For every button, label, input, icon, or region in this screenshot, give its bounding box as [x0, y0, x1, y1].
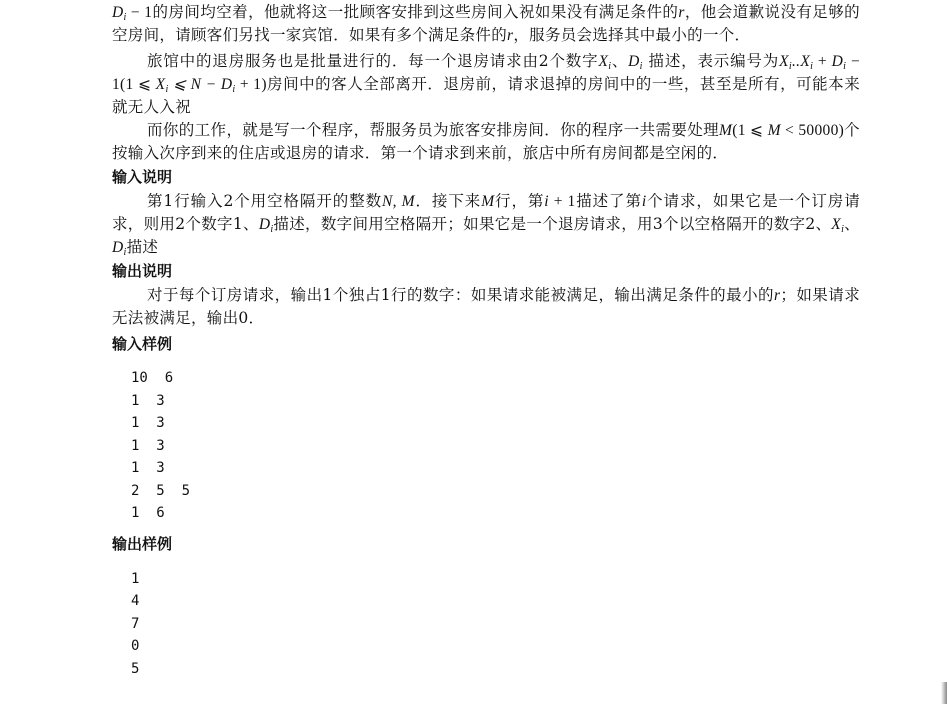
sample-input-line: 1 3 — [131, 390, 860, 413]
input-description-heading: 输入说明 — [112, 166, 860, 189]
sample-input-line: 1 3 — [131, 412, 860, 435]
description-paragraph-1: Di − 1的房间均空着，他就将这一批顾客安排到这些房间入祝如果没有满足条件的r… — [112, 1, 860, 47]
sample-input-line: 10 6 — [131, 367, 860, 390]
sample-output-line: 7 — [131, 613, 860, 636]
sample-output-line: 0 — [131, 635, 860, 658]
sample-input-line: 1 6 — [131, 502, 860, 525]
sample-input-line: 1 3 — [131, 435, 860, 458]
output-description-heading: 输出说明 — [112, 260, 860, 283]
sample-input-line: 1 3 — [131, 457, 860, 480]
sample-output-line: 5 — [131, 658, 860, 681]
sample-input-heading: 输入样例 — [112, 333, 860, 356]
input-description-text: 第1行输入2个用空格隔开的整数N, M．接下来M行，第i + 1描述了第i个请求… — [112, 190, 860, 259]
sample-input-line: 2 5 5 — [131, 480, 860, 503]
description-paragraph-3: 而你的工作，就是写一个程序，帮服务员为旅客安排房间．你的程序一共需要处理M(1 … — [112, 119, 860, 165]
description-paragraph-2: 旅馆中的退房服务也是批量进行的．每一个退房请求由2个数字Xi、Di 描述，表示编… — [112, 50, 860, 119]
page-edge-shadow — [941, 682, 947, 704]
output-description-text: 对于每个订房请求，输出1个独占1行的数字：如果请求能被满足，输出满足条件的最小的… — [112, 284, 860, 330]
sample-output-line: 4 — [131, 590, 860, 613]
sample-output-heading: 输出样例 — [112, 533, 860, 556]
sample-output-line: 1 — [131, 568, 860, 591]
problem-document: Di − 1的房间均空着，他就将这一批顾客安排到这些房间入祝如果没有满足条件的r… — [112, 0, 860, 680]
sample-output-code: 1 4 7 0 5 — [112, 568, 860, 681]
sample-input-code: 10 6 1 3 1 3 1 3 1 3 2 5 5 1 6 — [112, 367, 860, 525]
